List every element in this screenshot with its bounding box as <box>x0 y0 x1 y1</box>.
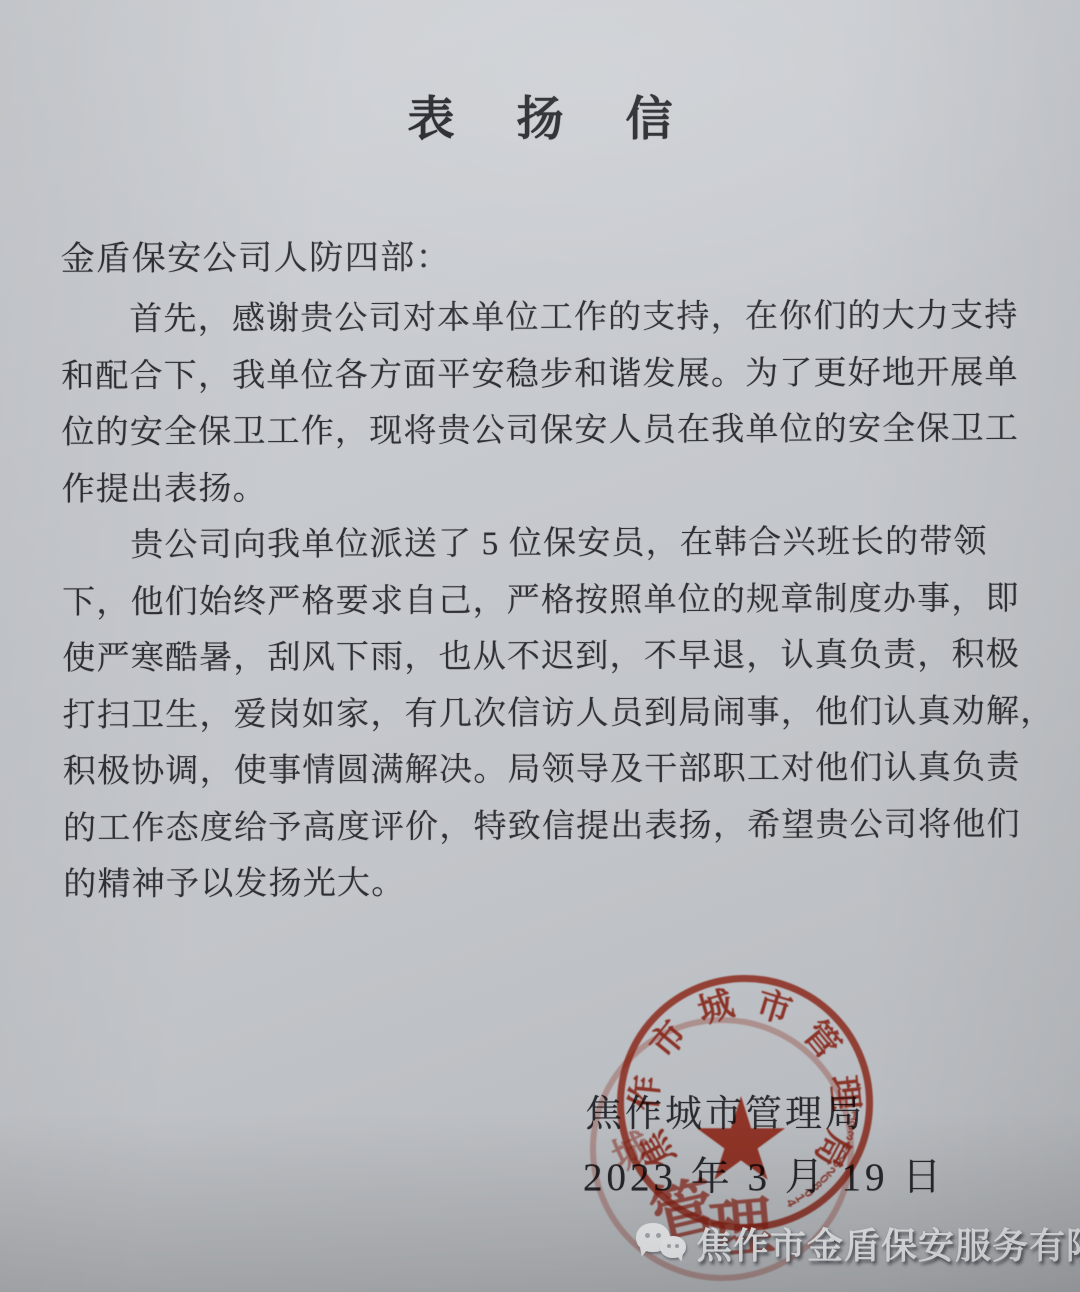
wechat-bubble-small <box>660 1236 686 1258</box>
letter-body: 金盾保安公司人防四部： 首先，感谢贵公司对本单位工作的支持，在你们的大力支持和配… <box>61 224 1036 914</box>
company-name: 焦作市金盾保安服务有限公司 <box>696 1218 1080 1269</box>
body-line: 和配合下，我单位各方面平安稳步和谐发展。为了更好地开展单 <box>61 344 1033 405</box>
body-lines: 首先，感谢贵公司对本单位工作的支持，在你们的大力支持和配合下，我单位各方面平安稳… <box>61 288 1036 914</box>
letter-photo: 表扬信 金盾保安公司人防四部： 首先，感谢贵公司对本单位工作的支持，在你们的大力… <box>0 0 1080 1292</box>
seal-arc-char: 作 <box>623 1070 669 1116</box>
letter-title: 表扬信 <box>0 82 1080 149</box>
body-line: 使严寒酷暑，刮风下雨，也从不迟到，不早退，认真负责，积极 <box>62 627 1034 688</box>
salutation: 金盾保安公司人防四部： <box>61 224 1033 292</box>
body-line: 首先，感谢贵公司对本单位工作的支持，在你们的大力支持 <box>61 288 1033 349</box>
body-line: 的工作态度给予高度评价，特致信提出表扬，希望贵公司将他们 <box>63 796 1035 857</box>
seal-serial-digit: 1 <box>845 1107 863 1125</box>
body-line: 贵公司向我单位派送了 5 位保安员，在韩合兴班长的带领 <box>62 514 1034 575</box>
body-line: 下，他们始终严格要求自己，严格按照单位的规章制度办事，即 <box>62 570 1034 631</box>
body-line: 位的安全保卫工作，现将贵公司保安人员在我单位的安全保卫工 <box>61 401 1033 462</box>
footer-watermark: 焦作市金盾保安服务有限公司 <box>0 1222 1080 1292</box>
official-seal: 焦作市城市管理局 410802004331 城管理 <box>617 975 873 1231</box>
body-line: 打扫卫生，爱岗如家，有几次信访人员到局闹事，他们认真劝解， <box>63 683 1035 744</box>
footer-brand: 焦作市金盾保安服务有限公司 <box>636 1218 1080 1269</box>
body-line: 的精神予以发扬光大。 <box>63 853 1035 914</box>
wechat-icon <box>636 1221 688 1267</box>
body-line: 积极协调，使事情圆满解决。局领导及干部职工对他们认真负责 <box>63 740 1035 801</box>
body-line: 作提出表扬。 <box>62 457 1034 518</box>
